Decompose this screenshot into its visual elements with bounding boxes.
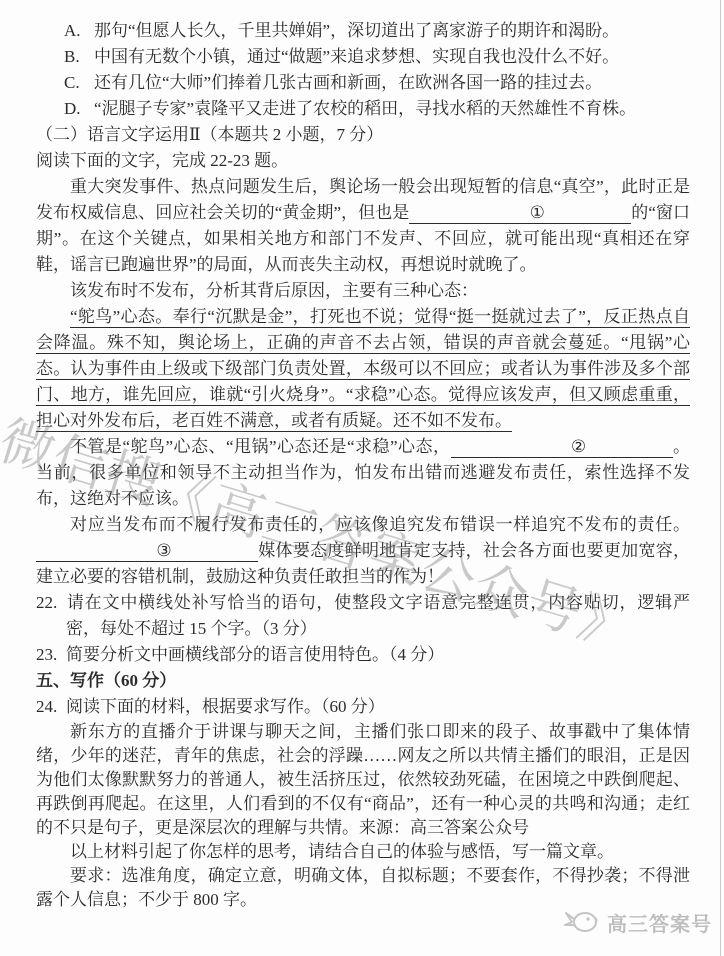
- option-b-label: B.: [64, 44, 94, 70]
- option-a-label: A.: [64, 18, 94, 44]
- option-c: C.还有几位“大师”们捧着几张古画和新画，在欧洲各国一路的挂过去。: [64, 70, 690, 96]
- option-b: B.中国有无数个小镇，通过“做题”来追求梦想、实现自我也没什么不好。: [64, 44, 690, 70]
- question-22-number: 22.: [36, 590, 66, 616]
- question-24: 24.阅读下面的材料，根据要求写作。（60 分）: [36, 694, 690, 720]
- exam-content: A.那句“但愿人长久，千里共婵娟”，深切道出了离家游子的期许和渴盼。 B.中国有…: [0, 0, 724, 912]
- paragraph-4: 不管是“鸵鸟”心态、“甩锅”心态还是“求稳”心态，②。当前，很多单位和领导不主动…: [36, 434, 690, 512]
- fill-blank-1: ①: [409, 204, 631, 224]
- question-22-text: 请在文中横线处补写恰当的语句，使整段文字语意完整连贯，内容贴切，逻辑严密，每处不…: [66, 593, 690, 638]
- option-b-text: 中国有无数个小镇，通过“做题”来追求梦想、实现自我也没什么不好。: [94, 47, 619, 66]
- essay-prompt: 以上材料引起了你怎样的思考，请结合自己的体验与感悟，写一篇文章。: [36, 840, 690, 864]
- question-22: 22.请在文中横线处补写恰当的语句，使整段文字语意完整连贯，内容贴切，逻辑严密，…: [36, 590, 690, 642]
- fill-blank-1-number: ①: [530, 203, 545, 222]
- question-24-number: 24.: [36, 694, 66, 720]
- fill-blank-2-number: ②: [571, 437, 586, 456]
- option-a: A.那句“但愿人长久，千里共婵娟”，深切道出了离家游子的期许和渴盼。: [64, 18, 690, 44]
- section2-heading: （二）语言文字运用Ⅱ（本题共 2 小题，7 分）: [36, 122, 690, 148]
- paragraph-2: 该发布时不发布，分析其背后原因，主要有三种心态：: [36, 278, 690, 304]
- paragraph-1: 重大突发事件、热点问题发生后，舆论场一般会出现短暂的信息“真空”，此时正是发布权…: [36, 174, 690, 278]
- option-d-text: “泥腿子专家”袁隆平又走进了农校的稻田，寻找水稻的天然雄性不育株。: [94, 99, 636, 118]
- corner-watermark: 高三答案号: [563, 905, 712, 940]
- paragraph-3-underlined: “鸵鸟”心态。奉行“沉默是金”，打死也不说；觉得“挺一挺就过去了”，反正热点自会…: [36, 304, 690, 434]
- page-edge-line: [720, 0, 721, 956]
- reading-instruction: 阅读下面的文字，完成 22-23 题。: [36, 148, 690, 174]
- section5-heading: 五、写作（60 分）: [36, 668, 690, 694]
- question-23-number: 23.: [36, 642, 66, 668]
- fill-blank-3: ③: [36, 542, 258, 562]
- question-23-text: 简要分析文中画横线部分的语言使用特色。（4 分）: [66, 645, 444, 664]
- option-d-label: D.: [64, 96, 94, 122]
- paragraph-5-pre: 对应当发布而不履行发布责任的，应该像追究发布错误一样追究不发布的责任。: [70, 515, 690, 534]
- corner-watermark-text: 高三答案号: [607, 908, 712, 937]
- option-d: D.“泥腿子专家”袁隆平又走进了农校的稻田，寻找水稻的天然雄性不育株。: [64, 96, 690, 122]
- question-24-text: 阅读下面的材料，根据要求写作。（60 分）: [66, 697, 385, 716]
- option-c-label: C.: [64, 70, 94, 96]
- fill-blank-3-number: ③: [156, 541, 171, 560]
- paragraph-5: 对应当发布而不履行发布责任的，应该像追究发布错误一样追究不发布的责任。③媒体要态…: [36, 512, 690, 590]
- paragraph-4-pre: 不管是“鸵鸟”心态、“甩锅”心态还是“求稳”心态，: [70, 437, 451, 456]
- option-a-text: 那句“但愿人长久，千里共婵娟”，深切道出了离家游子的期许和渴盼。: [94, 21, 619, 40]
- essay-material: 新东方的直播介于讲课与聊天之间，主播们张口即来的段子、故事戳中了集体情绪，少年的…: [36, 720, 690, 840]
- option-c-text: 还有几位“大师”们捧着几张古画和新画，在欧洲各国一路的挂过去。: [94, 73, 602, 92]
- essay-section: 新东方的直播介于讲课与聊天之间，主播们张口即来的段子、故事戳中了集体情绪，少年的…: [36, 720, 690, 912]
- question-23: 23.简要分析文中画横线部分的语言使用特色。（4 分）: [36, 642, 690, 668]
- fill-blank-2: ②: [451, 438, 673, 458]
- exam-page: A.那句“但愿人长久，千里共婵娟”，深切道出了离家游子的期许和渴盼。 B.中国有…: [0, 0, 724, 956]
- mascot-logo-icon: [563, 905, 601, 940]
